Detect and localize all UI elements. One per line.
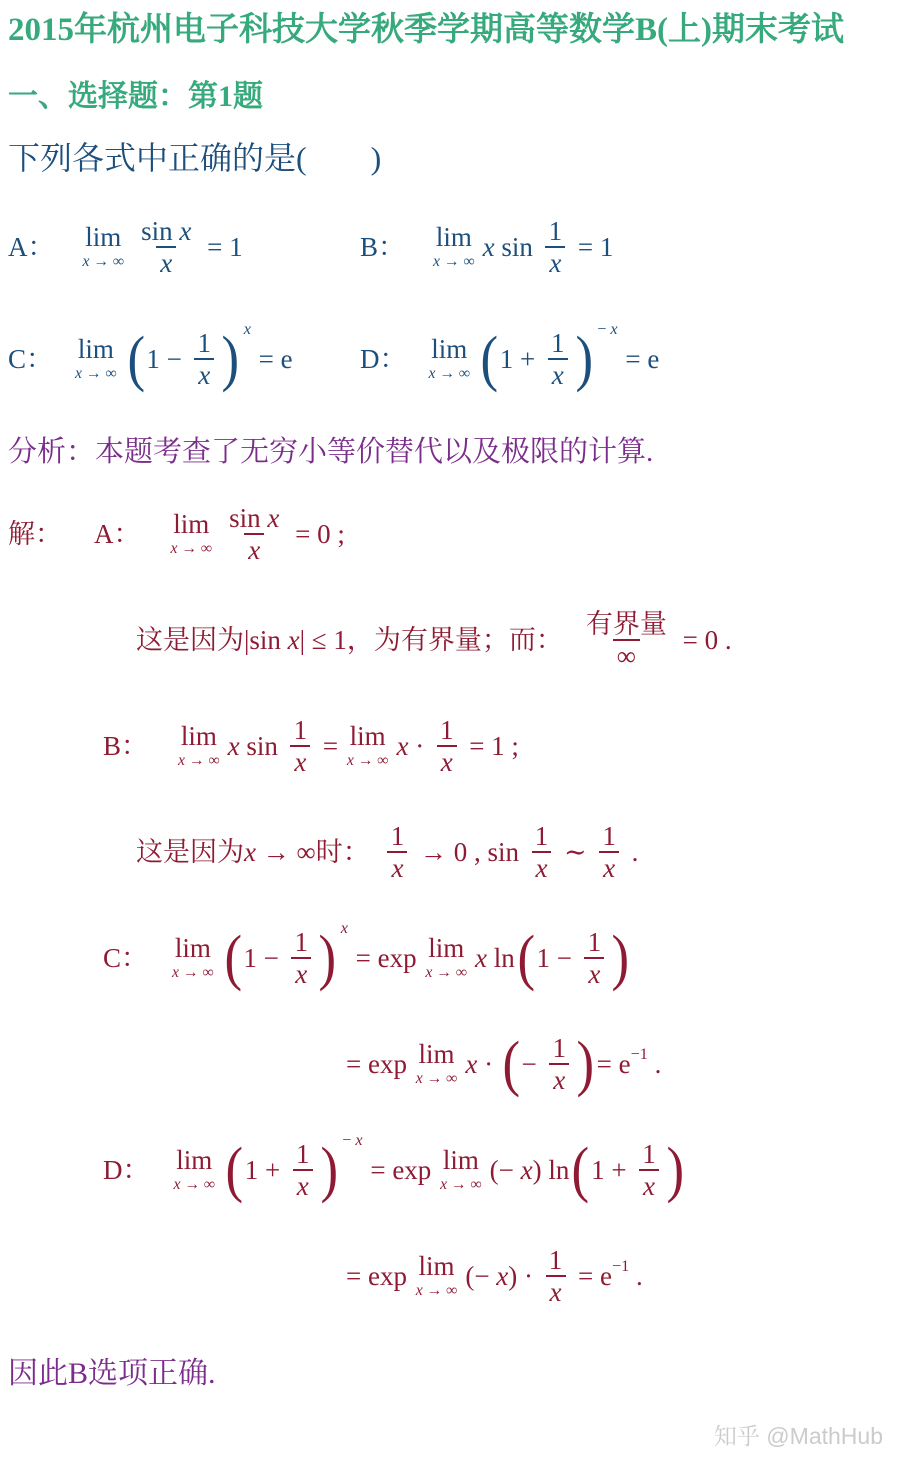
solution-step-a-reason: 这是因为|sin x| ≤ 1，为有界量；而：有界量∞ = 0 .: [136, 598, 895, 682]
solution-step-d-continued: = exp limx → ∞(− x) · 1x = e−1 .: [346, 1234, 895, 1318]
solution-step-b-reason: 这是因为x → ∞时：1x → 0 , sin 1x ∼ 1x .: [136, 810, 895, 894]
watermark: 知乎 @MathHub: [8, 1418, 883, 1451]
options-row-ab: A：limx → ∞sin xx = 1 B：limx → ∞x sin 1x …: [8, 203, 895, 291]
options-row-cd: C：limx → ∞(1 − 1x)x = e D：limx → ∞(1 + 1…: [8, 315, 895, 403]
option-b-formula: B：limx → ∞x sin 1x = 1: [360, 216, 613, 278]
solution-step-b: B：limx → ∞x sin 1x = limx → ∞x · 1x = 1 …: [103, 704, 895, 788]
option-c-formula: C：limx → ∞(1 − 1x)x = e: [8, 328, 360, 390]
page-title: 2015年杭州电子科技大学秋季学期高等数学B(上)期末考试: [8, 10, 895, 51]
exam-solution-page: 2015年杭州电子科技大学秋季学期高等数学B(上)期末考试 一、选择题：第1题 …: [0, 0, 903, 1459]
solution-step-d: D：limx → ∞(1 + 1x)− x = exp limx → ∞(− x…: [103, 1128, 895, 1212]
option-a-formula: A：limx → ∞sin xx = 1: [8, 216, 360, 278]
section-heading: 一、选择题：第1题: [8, 71, 895, 115]
analysis-text: 分析：本题考查了无穷小等价替代以及极限的计算.: [8, 429, 895, 470]
conclusion-text: 因此B选项正确.: [8, 1348, 895, 1392]
option-d-formula: D：limx → ∞(1 + 1x)− x = e: [360, 328, 659, 390]
solution-step-c: C：limx → ∞(1 − 1x)x = exp limx → ∞x ln(1…: [103, 916, 895, 1000]
solution-step-a: 解：A：limx → ∞sin xx = 0 ;: [8, 492, 895, 576]
solution-step-c-continued: = exp limx → ∞x · (− 1x)= e−1 .: [346, 1022, 895, 1106]
question-text: 下列各式中正确的是( ): [8, 133, 895, 179]
